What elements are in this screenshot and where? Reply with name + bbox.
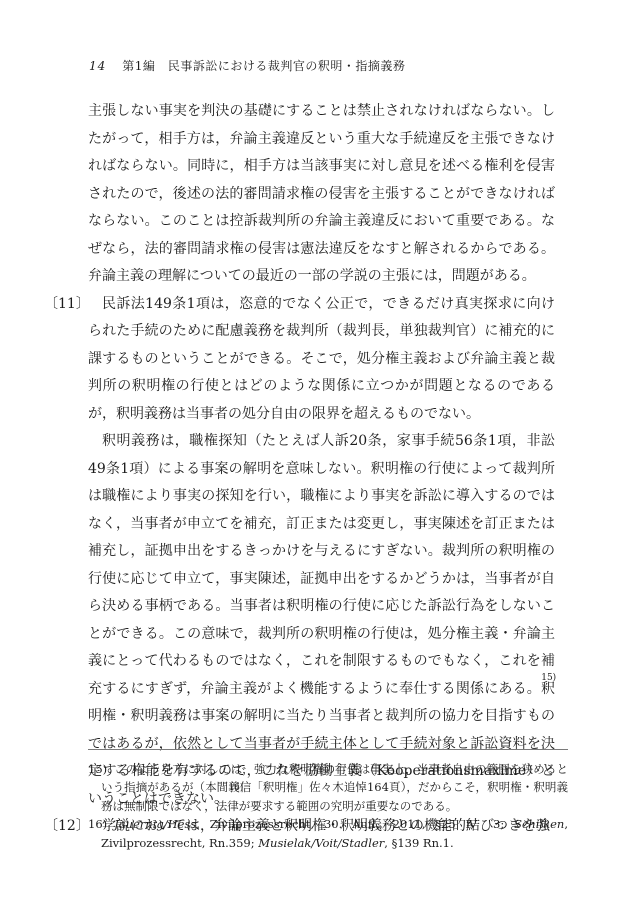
- footnote-16-author-1: Jauernig/Hess: [114, 817, 196, 831]
- page-number: 14: [89, 59, 106, 73]
- page-header: 14第1編 民事訴訟における裁判官の釈明・指摘義務: [89, 58, 582, 74]
- body-text: 主張しない事実を判決の基礎にすることは禁止されなければならない。したがって，相手…: [88, 98, 555, 841]
- footnote-15: 15)このよう見方に対しては，強力な釈明権の行使は事実上，当事者自由の範囲を狭め…: [88, 760, 568, 815]
- paragraph-11-text: 民訴法149条1項は，恣意的でなく公正で，できるだけ真実探求に向けられた手続のた…: [88, 291, 555, 429]
- numbered-paragraph-11: 〔11〕 民訴法149条1項は，恣意的でなく公正で，できるだけ真実探求に向けられ…: [88, 291, 555, 429]
- footnote-16-author-3: Musielak/Voit/Stadler: [258, 836, 384, 850]
- footnote-reference-15: 15)。: [527, 681, 541, 697]
- footnote-separator-rule: [88, 749, 568, 750]
- paragraph-number-12: 〔12〕: [44, 813, 90, 841]
- footnote-15-text: このよう見方に対しては，強力な釈明権の行使は事実上，当事者自由の範囲を狭めるとい…: [101, 762, 568, 813]
- running-title: 第1編 民事訴訟における裁判官の釈明・指摘義務: [122, 59, 405, 73]
- footnote-16-author-2: Schilken: [514, 817, 564, 831]
- footnote-area: 15)このよう見方に対しては，強力な釈明権の行使は事実上，当事者自由の範囲を狭め…: [88, 749, 568, 852]
- paragraph-text-a: 釈明義務は，職権探知（たとえば人訴20条，家事手続56条1項，非訟49条1項）に…: [88, 433, 555, 697]
- footnote-15-label: 15): [88, 762, 107, 776]
- footnote-16-label: 16): [88, 817, 107, 831]
- paragraph-number-11: 〔11〕: [44, 291, 90, 319]
- book-page: 14第1編 民事訴訟における裁判官の釈明・指摘義務 主張しない事実を判決の基礎に…: [0, 0, 642, 900]
- footnote-16-citation-1: , Zivilprozessrecht, 30. Aufl., 2011, §2…: [196, 817, 514, 831]
- footnote-ref-15-superscript: 15): [527, 665, 556, 693]
- footnote-16-citation-3: , §139 Rn.1.: [384, 836, 453, 850]
- footnote-16: 16)Jauernig/Hess, Zivilprozessrecht, 30.…: [88, 815, 568, 852]
- paragraph-continuation: 主張しない事実を判決の基礎にすることは禁止されなければならない。したがって，相手…: [88, 98, 555, 291]
